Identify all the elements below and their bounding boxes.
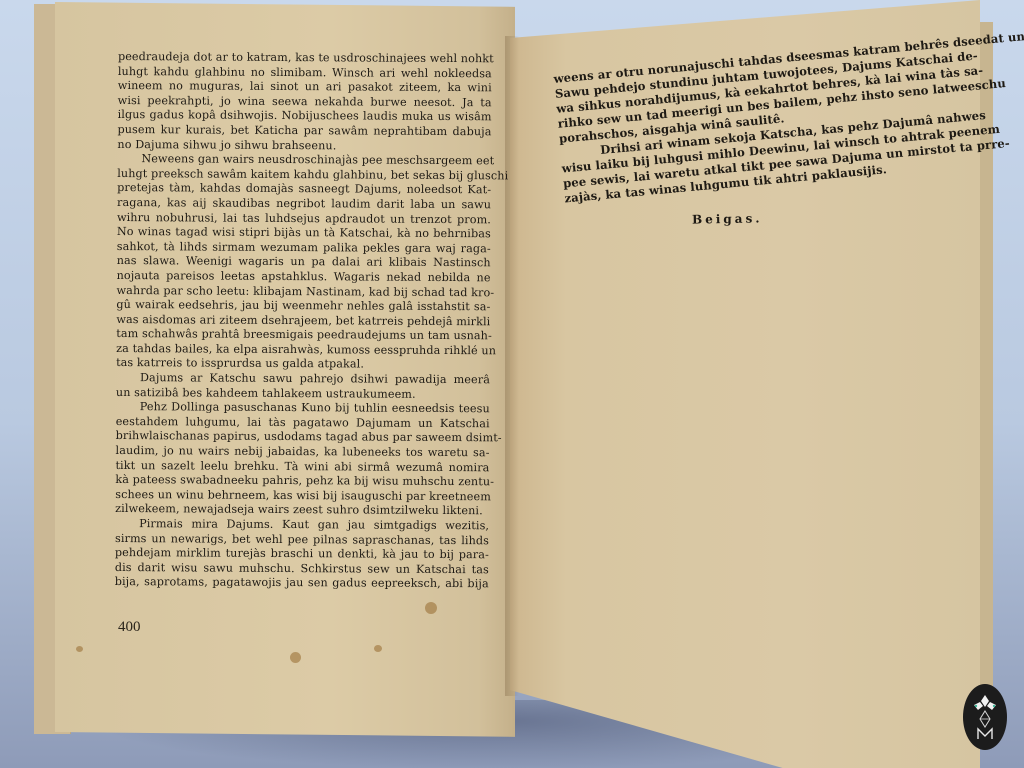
- foxing-stain: [374, 645, 382, 652]
- book-photo-scene: peedraudeja dot ar to katram, kas te usd…: [0, 0, 1024, 768]
- foxing-stain: [290, 652, 301, 663]
- foxing-stain: [425, 602, 437, 614]
- text-line: bija, saprotams, pagatawojis jau sen gad…: [115, 575, 489, 592]
- page-number: 400: [118, 619, 141, 636]
- ending-word: Beigas.: [692, 211, 763, 226]
- text-line: ragana, kas aij skaudibas negribot laudi…: [117, 196, 491, 213]
- foxing-stain: [76, 646, 83, 652]
- text-line: nojauta pareisos leetas apstahklus. Waga…: [117, 269, 491, 286]
- left-page-body-text: peedraudeja dot ar to katram, kas te usd…: [115, 50, 492, 592]
- folk-ornament-logo-icon: [970, 691, 1000, 743]
- book-gutter: [505, 36, 519, 696]
- text-line: pusem kur kurais, bet Katicha par sawâm …: [117, 123, 491, 140]
- watermark-badge: [963, 684, 1007, 750]
